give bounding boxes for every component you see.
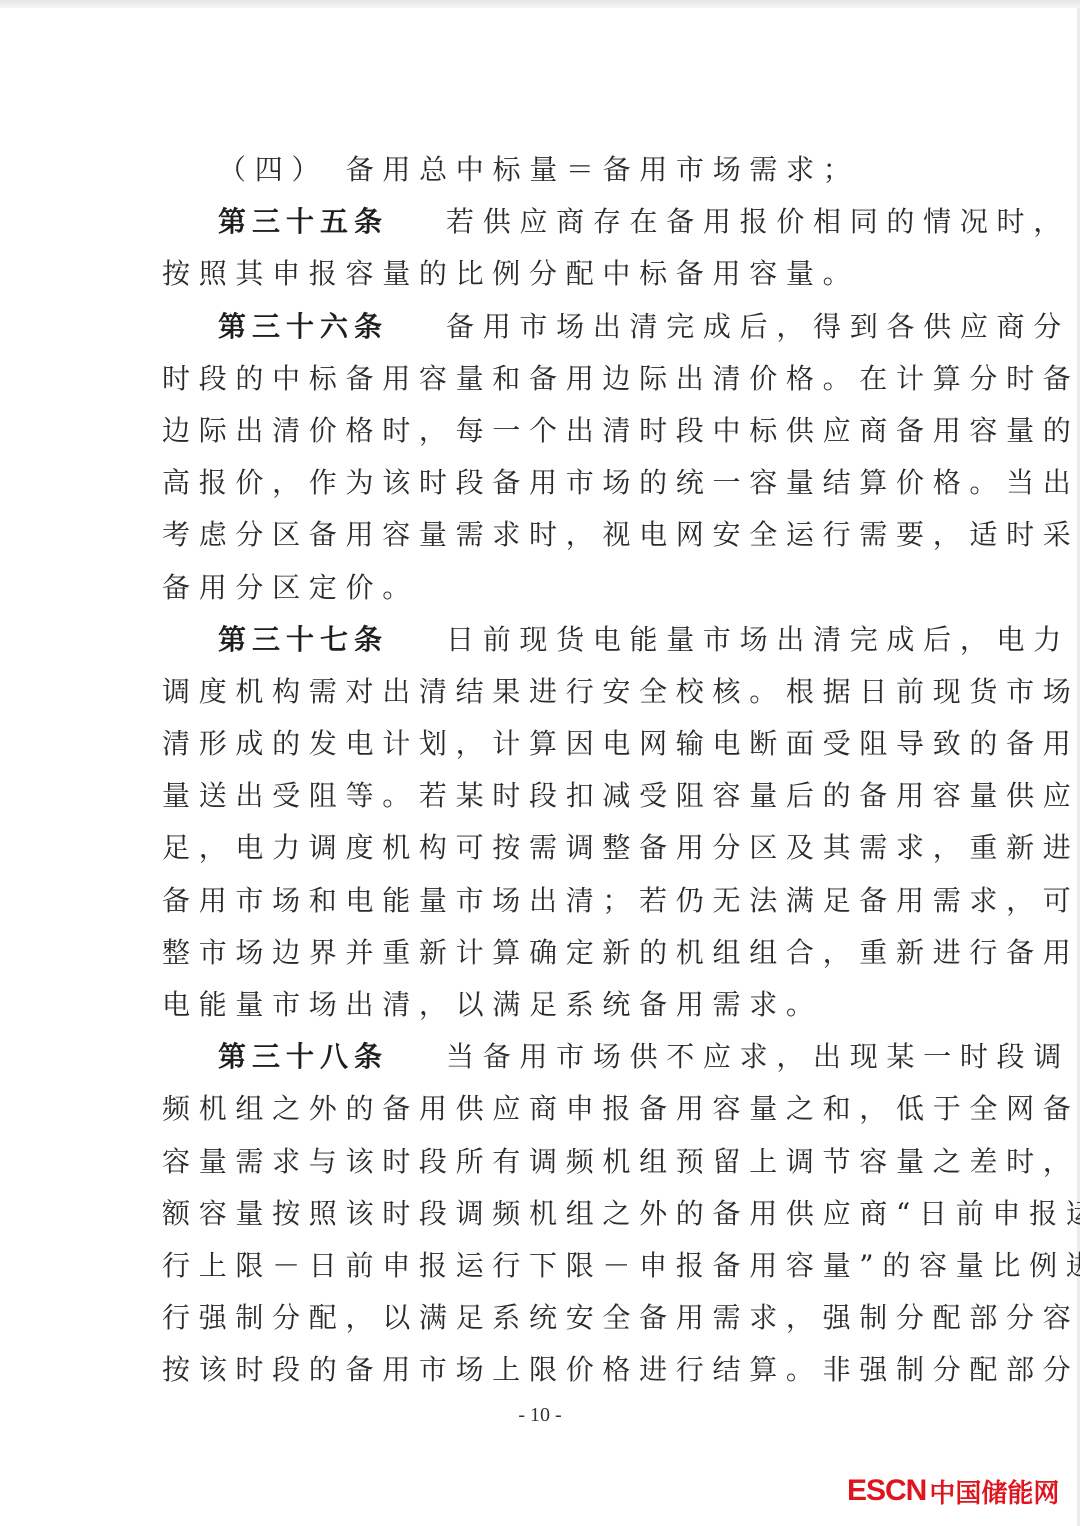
paragraph-text: 按照其申报容量的比例分配中标备用容量。: [162, 257, 859, 290]
paragraph-text: 电能量市场出清，以满足系统备用需求。: [162, 988, 823, 1021]
escn-watermark-logo: ESCN 中国储能网: [847, 1474, 1059, 1508]
paragraph-text: 频机组之外的备用供应商申报备用容量之和，低于全网备用: [162, 1092, 1080, 1125]
paragraph-text: 行强制分配，以满足系统安全备用需求，强制分配部分容量: [162, 1301, 1080, 1334]
article-36-line-3: 边际出清价格时，每一个出清时段中标供应商备用容量的最: [162, 405, 920, 457]
article-38-line-4: 额容量按照该时段调频机组之外的备用供应商“日前申报运: [162, 1188, 920, 1240]
article-36-line-5: 考虑分区备用容量需求时，视电网安全运行需要，适时采取: [162, 509, 920, 561]
paragraph-text: 高报价，作为该时段备用市场的统一容量结算价格。当出清: [162, 466, 1080, 499]
article-heading: 第三十八条: [218, 1040, 388, 1073]
article-36-line-2: 时段的中标备用容量和备用边际出清价格。在计算分时备用: [162, 353, 920, 405]
paragraph-text: 时段的中标备用容量和备用边际出清价格。在计算分时备用: [162, 362, 1080, 395]
paragraph-text: 备用市场出清完成后，得到各供应商分: [446, 310, 1070, 343]
article-37-line-4: 量送出受阻等。若某时段扣减受阻容量后的备用容量供应不: [162, 770, 920, 822]
paragraph-text: 行上限－日前申报运行下限－申报备用容量”的容量比例进: [162, 1249, 1080, 1282]
article-37-line-5: 足，电力调度机构可按需调整备用分区及其需求，重新进行: [162, 822, 920, 874]
article-heading: 第三十六条: [218, 310, 388, 343]
paragraph-text: 容量需求与该时段所有调频机组预留上调节容量之差时，缺: [162, 1145, 1080, 1178]
paragraph-text: 按该时段的备用市场上限价格进行结算。非强制分配部分的: [162, 1353, 1080, 1386]
paragraph-text: 日前现货电能量市场出清完成后，电力: [446, 623, 1070, 656]
paragraph-text: 若供应商存在备用报价相同的情况时，: [446, 205, 1070, 238]
paragraph-text: 当备用市场供不应求，出现某一时段调: [446, 1040, 1070, 1073]
article-38-line-3: 容量需求与该时段所有调频机组预留上调节容量之差时，缺: [162, 1136, 920, 1188]
document-page: （四） 备用总中标量＝备用市场需求； 第三十五条若供应商存在备用报价相同的情况时…: [162, 144, 920, 1397]
article-36-line-6: 备用分区定价。: [162, 562, 920, 614]
paragraph-text: 整市场边界并重新计算确定新的机组组合，重新进行备用和: [162, 936, 1080, 969]
paragraph-text: 调度机构需对出清结果进行安全校核。根据日前现货市场出: [162, 675, 1080, 708]
paragraph-text: 边际出清价格时，每一个出清时段中标供应商备用容量的最: [162, 414, 1080, 447]
article-38-line-5: 行上限－日前申报运行下限－申报备用容量”的容量比例进: [162, 1240, 920, 1292]
paragraph-text: 清形成的发电计划，计算因电网输电断面受阻导致的备用容: [162, 727, 1080, 760]
article-38-line-6: 行强制分配，以满足系统安全备用需求，强制分配部分容量: [162, 1292, 920, 1344]
paragraph-text: 足，电力调度机构可按需调整备用分区及其需求，重新进行: [162, 831, 1080, 864]
article-37-line-3: 清形成的发电计划，计算因电网输电断面受阻导致的备用容: [162, 718, 920, 770]
article-37-line-6: 备用市场和电能量市场出清；若仍无法满足备用需求，可调: [162, 875, 920, 927]
paragraph-text: 量送出受阻等。若某时段扣减受阻容量后的备用容量供应不: [162, 779, 1080, 812]
logo-text-en: ESCN: [847, 1474, 926, 1508]
paragraph-text: （四） 备用总中标量＝备用市场需求；: [218, 153, 860, 186]
page-number: - 10 -: [0, 1404, 1080, 1427]
article-36-line-1: 第三十六条备用市场出清完成后，得到各供应商分: [162, 301, 920, 353]
paragraph-text: 备用市场和电能量市场出清；若仍无法满足备用需求，可调: [162, 884, 1080, 917]
article-37-line-8: 电能量市场出清，以满足系统备用需求。: [162, 979, 920, 1031]
paragraph-text: 额容量按照该时段调频机组之外的备用供应商“日前申报运: [162, 1197, 1080, 1230]
paragraph-text: 备用分区定价。: [162, 571, 419, 604]
logo-text-cn: 中国储能网: [929, 1473, 1059, 1510]
article-35-line-2: 按照其申报容量的比例分配中标备用容量。: [162, 248, 920, 300]
article-37-line-1: 第三十七条日前现货电能量市场出清完成后，电力: [162, 614, 920, 666]
article-35-line-1: 第三十五条若供应商存在备用报价相同的情况时，: [162, 196, 920, 248]
article-38-line-2: 频机组之外的备用供应商申报备用容量之和，低于全网备用: [162, 1083, 920, 1135]
article-heading: 第三十七条: [218, 623, 388, 656]
article-heading: 第三十五条: [218, 205, 388, 238]
article-37-line-7: 整市场边界并重新计算确定新的机组组合，重新进行备用和: [162, 927, 920, 979]
scan-edge-top: [0, 0, 1080, 8]
article-38-line-7: 按该时段的备用市场上限价格进行结算。非强制分配部分的: [162, 1344, 920, 1396]
paragraph-text: 考虑分区备用容量需求时，视电网安全运行需要，适时采取: [162, 518, 1080, 551]
list-item-4: （四） 备用总中标量＝备用市场需求；: [162, 144, 920, 196]
article-38-line-1: 第三十八条当备用市场供不应求，出现某一时段调: [162, 1031, 920, 1083]
article-37-line-2: 调度机构需对出清结果进行安全校核。根据日前现货市场出: [162, 666, 920, 718]
article-36-line-4: 高报价，作为该时段备用市场的统一容量结算价格。当出清: [162, 457, 920, 509]
